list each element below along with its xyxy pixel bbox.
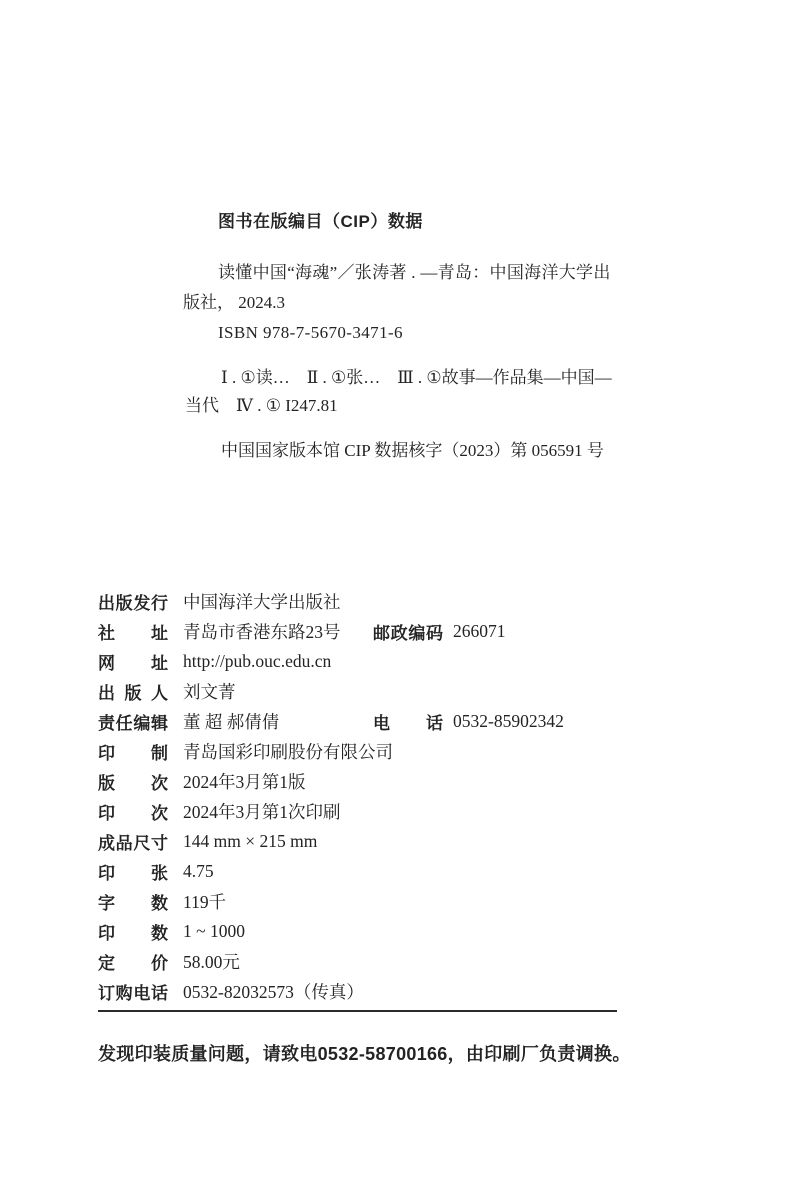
row-label: 印张 bbox=[98, 859, 168, 884]
cip-record-number: 中国国家版本馆 CIP 数据核字（2023）第 056591 号 bbox=[221, 440, 604, 462]
row-label: 责任编辑 bbox=[98, 709, 168, 734]
cip-entry-line2: 版社， 2024.3 bbox=[183, 292, 285, 314]
row-value: 0532-82032573（传真） bbox=[183, 979, 364, 1004]
colophon-row-printer: 印制 青岛国彩印刷股份有限公司 bbox=[98, 736, 698, 766]
colophon-row-editors: 责任编辑 董 超 郝倩倩 电话 0532-85902342 bbox=[98, 706, 698, 736]
colophon-row-impression: 印次 2024年3月第1次印刷 bbox=[98, 796, 698, 826]
row-label-postcode: 邮政编码 bbox=[373, 619, 443, 644]
colophon-row-publisher-person: 出版人 刘文菁 bbox=[98, 676, 698, 706]
row-label: 定价 bbox=[98, 949, 168, 974]
row-label-phone: 电话 bbox=[373, 709, 443, 734]
row-label: 出版人 bbox=[98, 679, 168, 704]
row-label: 印制 bbox=[98, 739, 168, 764]
copyright-page: 图书在版编目（CIP）数据 读懂中国“海魂”／张涛著 . —青岛：中国海洋大学出… bbox=[0, 0, 799, 1178]
row-label: 印数 bbox=[98, 919, 168, 944]
footer-divider-line bbox=[98, 1010, 617, 1012]
row-label: 印次 bbox=[98, 799, 168, 824]
colophon-row-website: 网址 http://pub.ouc.edu.cn bbox=[98, 646, 698, 676]
row-label: 版次 bbox=[98, 769, 168, 794]
row-value: 119千 bbox=[183, 889, 226, 914]
row-label: 订购电话 bbox=[98, 979, 168, 1004]
cip-entry-line1: 读懂中国“海魂”／张涛著 . —青岛：中国海洋大学出 bbox=[218, 262, 611, 284]
quality-notice: 发现印装质量问题，请致电0532-58700166，由印刷厂负责调换。 bbox=[98, 1040, 631, 1066]
colophon-row-sheets: 印张 4.75 bbox=[98, 856, 698, 886]
row-value: 2024年3月第1版 bbox=[183, 769, 306, 794]
row-value-postcode: 266071 bbox=[453, 621, 506, 642]
cip-class-line2: 当代 Ⅳ . ① I247.81 bbox=[185, 395, 338, 417]
colophon-block: 出版发行 中国海洋大学出版社 社址 青岛市香港东路23号 邮政编码 266071… bbox=[98, 586, 698, 1006]
colophon-row-publisher: 出版发行 中国海洋大学出版社 bbox=[98, 586, 698, 616]
row-value: 58.00元 bbox=[183, 949, 240, 974]
row-value: 刘文菁 bbox=[183, 679, 236, 704]
row-value: 2024年3月第1次印刷 bbox=[183, 799, 341, 824]
row-value: 董 超 郝倩倩 bbox=[183, 709, 373, 734]
row-value: 4.75 bbox=[183, 861, 214, 882]
row-value: 青岛市香港东路23号 bbox=[183, 619, 373, 644]
row-value: 中国海洋大学出版社 bbox=[183, 589, 341, 614]
colophon-row-wordcount: 字数 119千 bbox=[98, 886, 698, 916]
colophon-row-edition: 版次 2024年3月第1版 bbox=[98, 766, 698, 796]
colophon-row-address: 社址 青岛市香港东路23号 邮政编码 266071 bbox=[98, 616, 698, 646]
row-label: 出版发行 bbox=[98, 589, 168, 614]
row-value: http://pub.ouc.edu.cn bbox=[183, 651, 331, 672]
row-label: 社址 bbox=[98, 619, 168, 644]
cip-header: 图书在版编目（CIP）数据 bbox=[218, 211, 423, 233]
row-value: 青岛国彩印刷股份有限公司 bbox=[183, 739, 393, 764]
colophon-row-size: 成品尺寸 144 mm × 215 mm bbox=[98, 826, 698, 856]
row-value-phone: 0532-85902342 bbox=[453, 711, 564, 732]
row-label: 成品尺寸 bbox=[98, 829, 168, 854]
colophon-row-printrun: 印数 1 ~ 1000 bbox=[98, 916, 698, 946]
row-label: 字数 bbox=[98, 889, 168, 914]
colophon-row-orderphone: 订购电话 0532-82032573（传真） bbox=[98, 976, 698, 1006]
row-value: 1 ~ 1000 bbox=[183, 921, 245, 942]
colophon-row-price: 定价 58.00元 bbox=[98, 946, 698, 976]
row-value: 144 mm × 215 mm bbox=[183, 831, 317, 852]
row-label: 网址 bbox=[98, 649, 168, 674]
cip-class-line1: Ⅰ . ①读… Ⅱ . ①张… Ⅲ . ①故事—作品集—中国— bbox=[221, 367, 612, 389]
cip-isbn: ISBN 978-7-5670-3471-6 bbox=[218, 322, 403, 344]
